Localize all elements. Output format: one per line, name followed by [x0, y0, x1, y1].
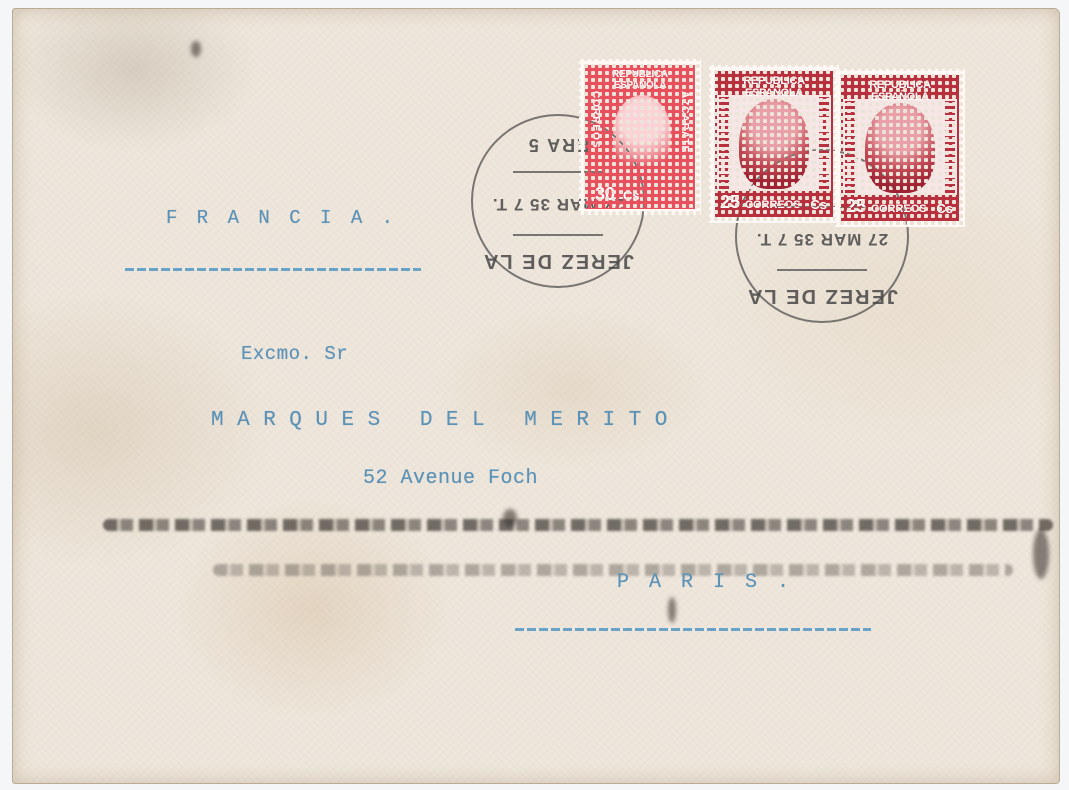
stamp-country: REPUBLICA ESPAÑOLA	[843, 79, 957, 103]
stamp-25c-2: REPUBLICA ESPAÑOLA 25 CORREOS Cs	[835, 69, 965, 227]
underline-country	[125, 268, 421, 271]
stamp-25c-1: REPUBLICA ESPAÑOLA 25 CORREOS Cs	[709, 65, 839, 223]
ink-smudge	[103, 519, 1053, 531]
postmark-date: 27 MAR 35 7 T.	[737, 229, 907, 249]
ink-blot	[503, 509, 517, 527]
stamp-bottom-text: CORREOS	[871, 203, 927, 215]
stamp-bottom-text: CORREOS	[745, 199, 801, 211]
ink-blot	[1033, 529, 1049, 579]
stamp-30c: REPUBLICA ESPAÑOLA CORREOS AZCARATE 30 C…	[579, 59, 701, 215]
stamp-country: REPUBLICA ESPAÑOLA	[587, 69, 693, 91]
salutation: Excmo. Sr	[241, 343, 348, 365]
addressee: MARQUES DEL MERITO	[211, 409, 681, 432]
portrait-icon	[739, 99, 809, 189]
portrait-icon	[613, 95, 671, 171]
postmark-town: JEREZ DE LA	[473, 249, 643, 272]
portrait-icon	[865, 103, 935, 193]
stamp-unit: Cs	[936, 201, 953, 216]
stamp-right-text: AZCARATE	[679, 91, 690, 153]
stamp-country: REPUBLICA ESPAÑOLA	[717, 75, 831, 99]
ink-blot	[191, 41, 201, 57]
stamp-unit: Cs	[623, 188, 640, 203]
stamp-value: 30	[595, 184, 615, 205]
stamp-unit: Cs	[810, 197, 827, 212]
stamp-left-text: CORREOS	[590, 91, 601, 149]
ink-blot	[668, 597, 676, 623]
country-line: F R A N C I A .	[166, 207, 397, 229]
stamp-value: 25	[720, 192, 740, 213]
envelope-cover: JEREZ DE LA 27 MAR 35 7 T. ERA 5 JEREZ D…	[12, 8, 1060, 784]
stamp-value: 25	[846, 196, 866, 217]
postmark-town: JEREZ DE LA	[737, 284, 907, 307]
city: P A R I S .	[617, 571, 793, 594]
ink-smudge-2	[213, 564, 1013, 576]
street-address: 52 Avenue Foch	[363, 467, 538, 490]
underline-city	[515, 628, 871, 631]
